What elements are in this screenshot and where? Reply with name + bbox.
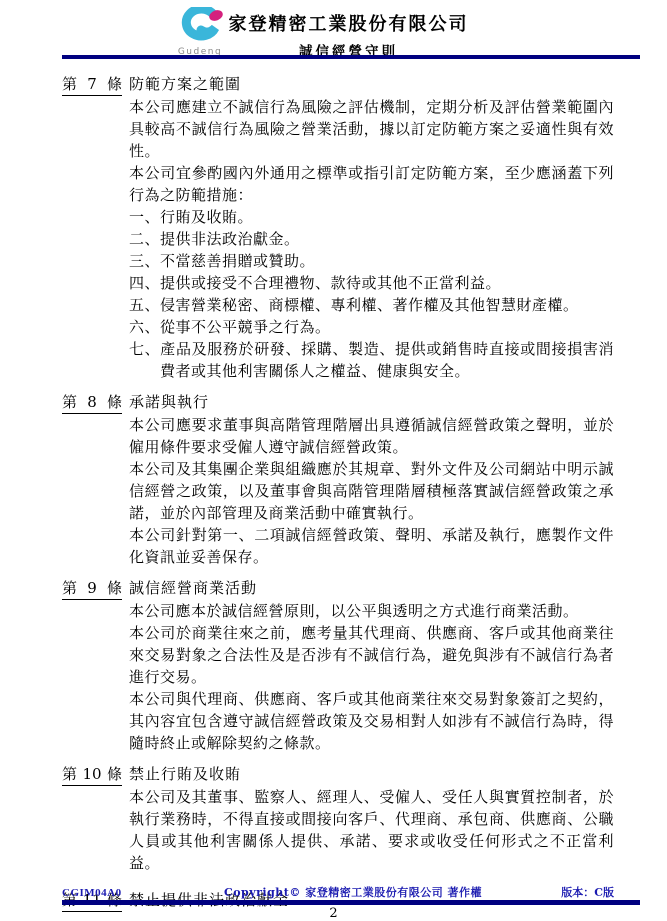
article-number-value: 8 (87, 391, 97, 413)
article-paragraph: 本公司宜參酌國內外通用之標準或指引訂定防範方案，至少應涵蓋下列行為之防範措施： (129, 162, 614, 206)
article-paragraph: 本公司應要求董事與高階管理階層出具遵循誠信經營政策之聲明，並於僱用條件要求受僱人… (129, 414, 614, 458)
article-heading: 第10條禁止行賄及收賄 (62, 763, 614, 786)
article-number-value: 7 (87, 73, 97, 95)
header-divider (62, 55, 640, 59)
article-paragraph: 本公司應本於誠信經營原則，以公平與透明之方式進行商業活動。 (129, 600, 614, 622)
article-list-item: 六、從事不公平競爭之行為。 (129, 316, 614, 338)
article-number-word: 第 (62, 763, 77, 785)
document-code: CGIM04A0 (62, 887, 212, 899)
page-footer: CGIM04A0 Copyright© 家登精密工業股份有限公司 著作權 版本：… (62, 884, 640, 900)
article-number: 第10條 (62, 763, 122, 786)
article-number-word: 條 (107, 73, 122, 95)
article-number-word: 第 (62, 73, 77, 95)
article-body: 本公司及其董事、監察人、經理人、受僱人、受任人與實質控制者，於執行業務時，不得直… (129, 786, 614, 874)
article-body: 本公司應本於誠信經營原則，以公平與透明之方式進行商業活動。本公司於商業往來之前，… (129, 600, 614, 754)
article-list-item: 七、產品及服務於研發、採購、製造、提供或銷售時直接或間接損害消費者或其他利害關係… (129, 338, 614, 382)
article-title: 防範方案之範圍 (129, 73, 241, 95)
article: 第9條誠信經營商業活動本公司應本於誠信經營原則，以公平與透明之方式進行商業活動。… (62, 577, 614, 754)
article-list-item: 五、侵害營業秘密、商標權、專利權、著作權及其他智慧財產權。 (129, 294, 614, 316)
article-number-value: 10 (82, 763, 101, 785)
article-title: 禁止行賄及收賄 (129, 763, 241, 785)
article-number-word: 條 (107, 391, 122, 413)
article-number-value: 9 (87, 577, 97, 599)
document-page: Gudeng 家登精密工業股份有限公司 誠信經營守則 第7條防範方案之範圍本公司… (0, 0, 667, 921)
article-number-word: 第 (62, 577, 77, 599)
article-paragraph: 本公司於商業往來之前，應考量其代理商、供應商、客戶或其他商業往來交易對象之合法性… (129, 622, 614, 688)
article-number: 第7條 (62, 73, 122, 96)
copyright-text: Copyright© 家登精密工業股份有限公司 著作權 (212, 884, 494, 900)
article-list-item: 二、提供非法政治獻金。 (129, 228, 614, 250)
article-body: 本公司應建立不誠信行為風險之評估機制，定期分析及評估營業範圍內具較高不誠信行為風… (129, 96, 614, 382)
article-number: 第8條 (62, 391, 122, 414)
company-name: 家登精密工業股份有限公司 (0, 10, 667, 36)
article-list-item: 四、提供或接受不合理禮物、款待或其他不正當利益。 (129, 272, 614, 294)
article-body: 本公司應要求董事與高階管理階層出具遵循誠信經營政策之聲明，並於僱用條件要求受僱人… (129, 414, 614, 568)
article-heading: 第9條誠信經營商業活動 (62, 577, 614, 600)
article-list-item: 一、行賄及收賄。 (129, 206, 614, 228)
version-label: 版本：C版 (494, 884, 640, 900)
article-title: 承諾與執行 (129, 391, 209, 413)
page-header: Gudeng 家登精密工業股份有限公司 誠信經營守則 (0, 6, 667, 58)
article-paragraph: 本公司針對第一、二項誠信經營政策、聲明、承諾及執行，應製作文件化資訊並妥善保存。 (129, 524, 614, 568)
article-number-word: 第 (62, 391, 77, 413)
article-paragraph: 本公司及其董事、監察人、經理人、受僱人、受任人與實質控制者，於執行業務時，不得直… (129, 786, 614, 874)
article-paragraph: 本公司應建立不誠信行為風險之評估機制，定期分析及評估營業範圍內具較高不誠信行為風… (129, 96, 614, 162)
article-number-word: 條 (107, 577, 122, 599)
footer-divider (62, 900, 640, 905)
article-paragraph: 本公司及其集團企業與組織應於其規章、對外文件及公司網站中明示誠信經營之政策，以及… (129, 458, 614, 524)
article: 第8條承諾與執行本公司應要求董事與高階管理階層出具遵循誠信經營政策之聲明，並於僱… (62, 391, 614, 568)
article: 第10條禁止行賄及收賄本公司及其董事、監察人、經理人、受僱人、受任人與實質控制者… (62, 763, 614, 874)
article-title: 誠信經營商業活動 (129, 577, 257, 599)
page-number: 2 (0, 906, 667, 921)
article-number-word: 條 (107, 763, 122, 785)
article: 第7條防範方案之範圍本公司應建立不誠信行為風險之評估機制，定期分析及評估營業範圍… (62, 73, 614, 382)
article-paragraph: 本公司與代理商、供應商、客戶或其他商業往來交易對象簽訂之契約，其內容宜包含遵守誠… (129, 688, 614, 754)
article-heading: 第8條承諾與執行 (62, 391, 614, 414)
article-number: 第9條 (62, 577, 122, 600)
header-titles: 家登精密工業股份有限公司 誠信經營守則 (0, 10, 667, 60)
article-heading: 第7條防範方案之範圍 (62, 73, 614, 96)
article-list-item: 三、不當慈善捐贈或贊助。 (129, 250, 614, 272)
articles: 第7條防範方案之範圍本公司應建立不誠信行為風險之評估機制，定期分析及評估營業範圍… (62, 73, 614, 921)
